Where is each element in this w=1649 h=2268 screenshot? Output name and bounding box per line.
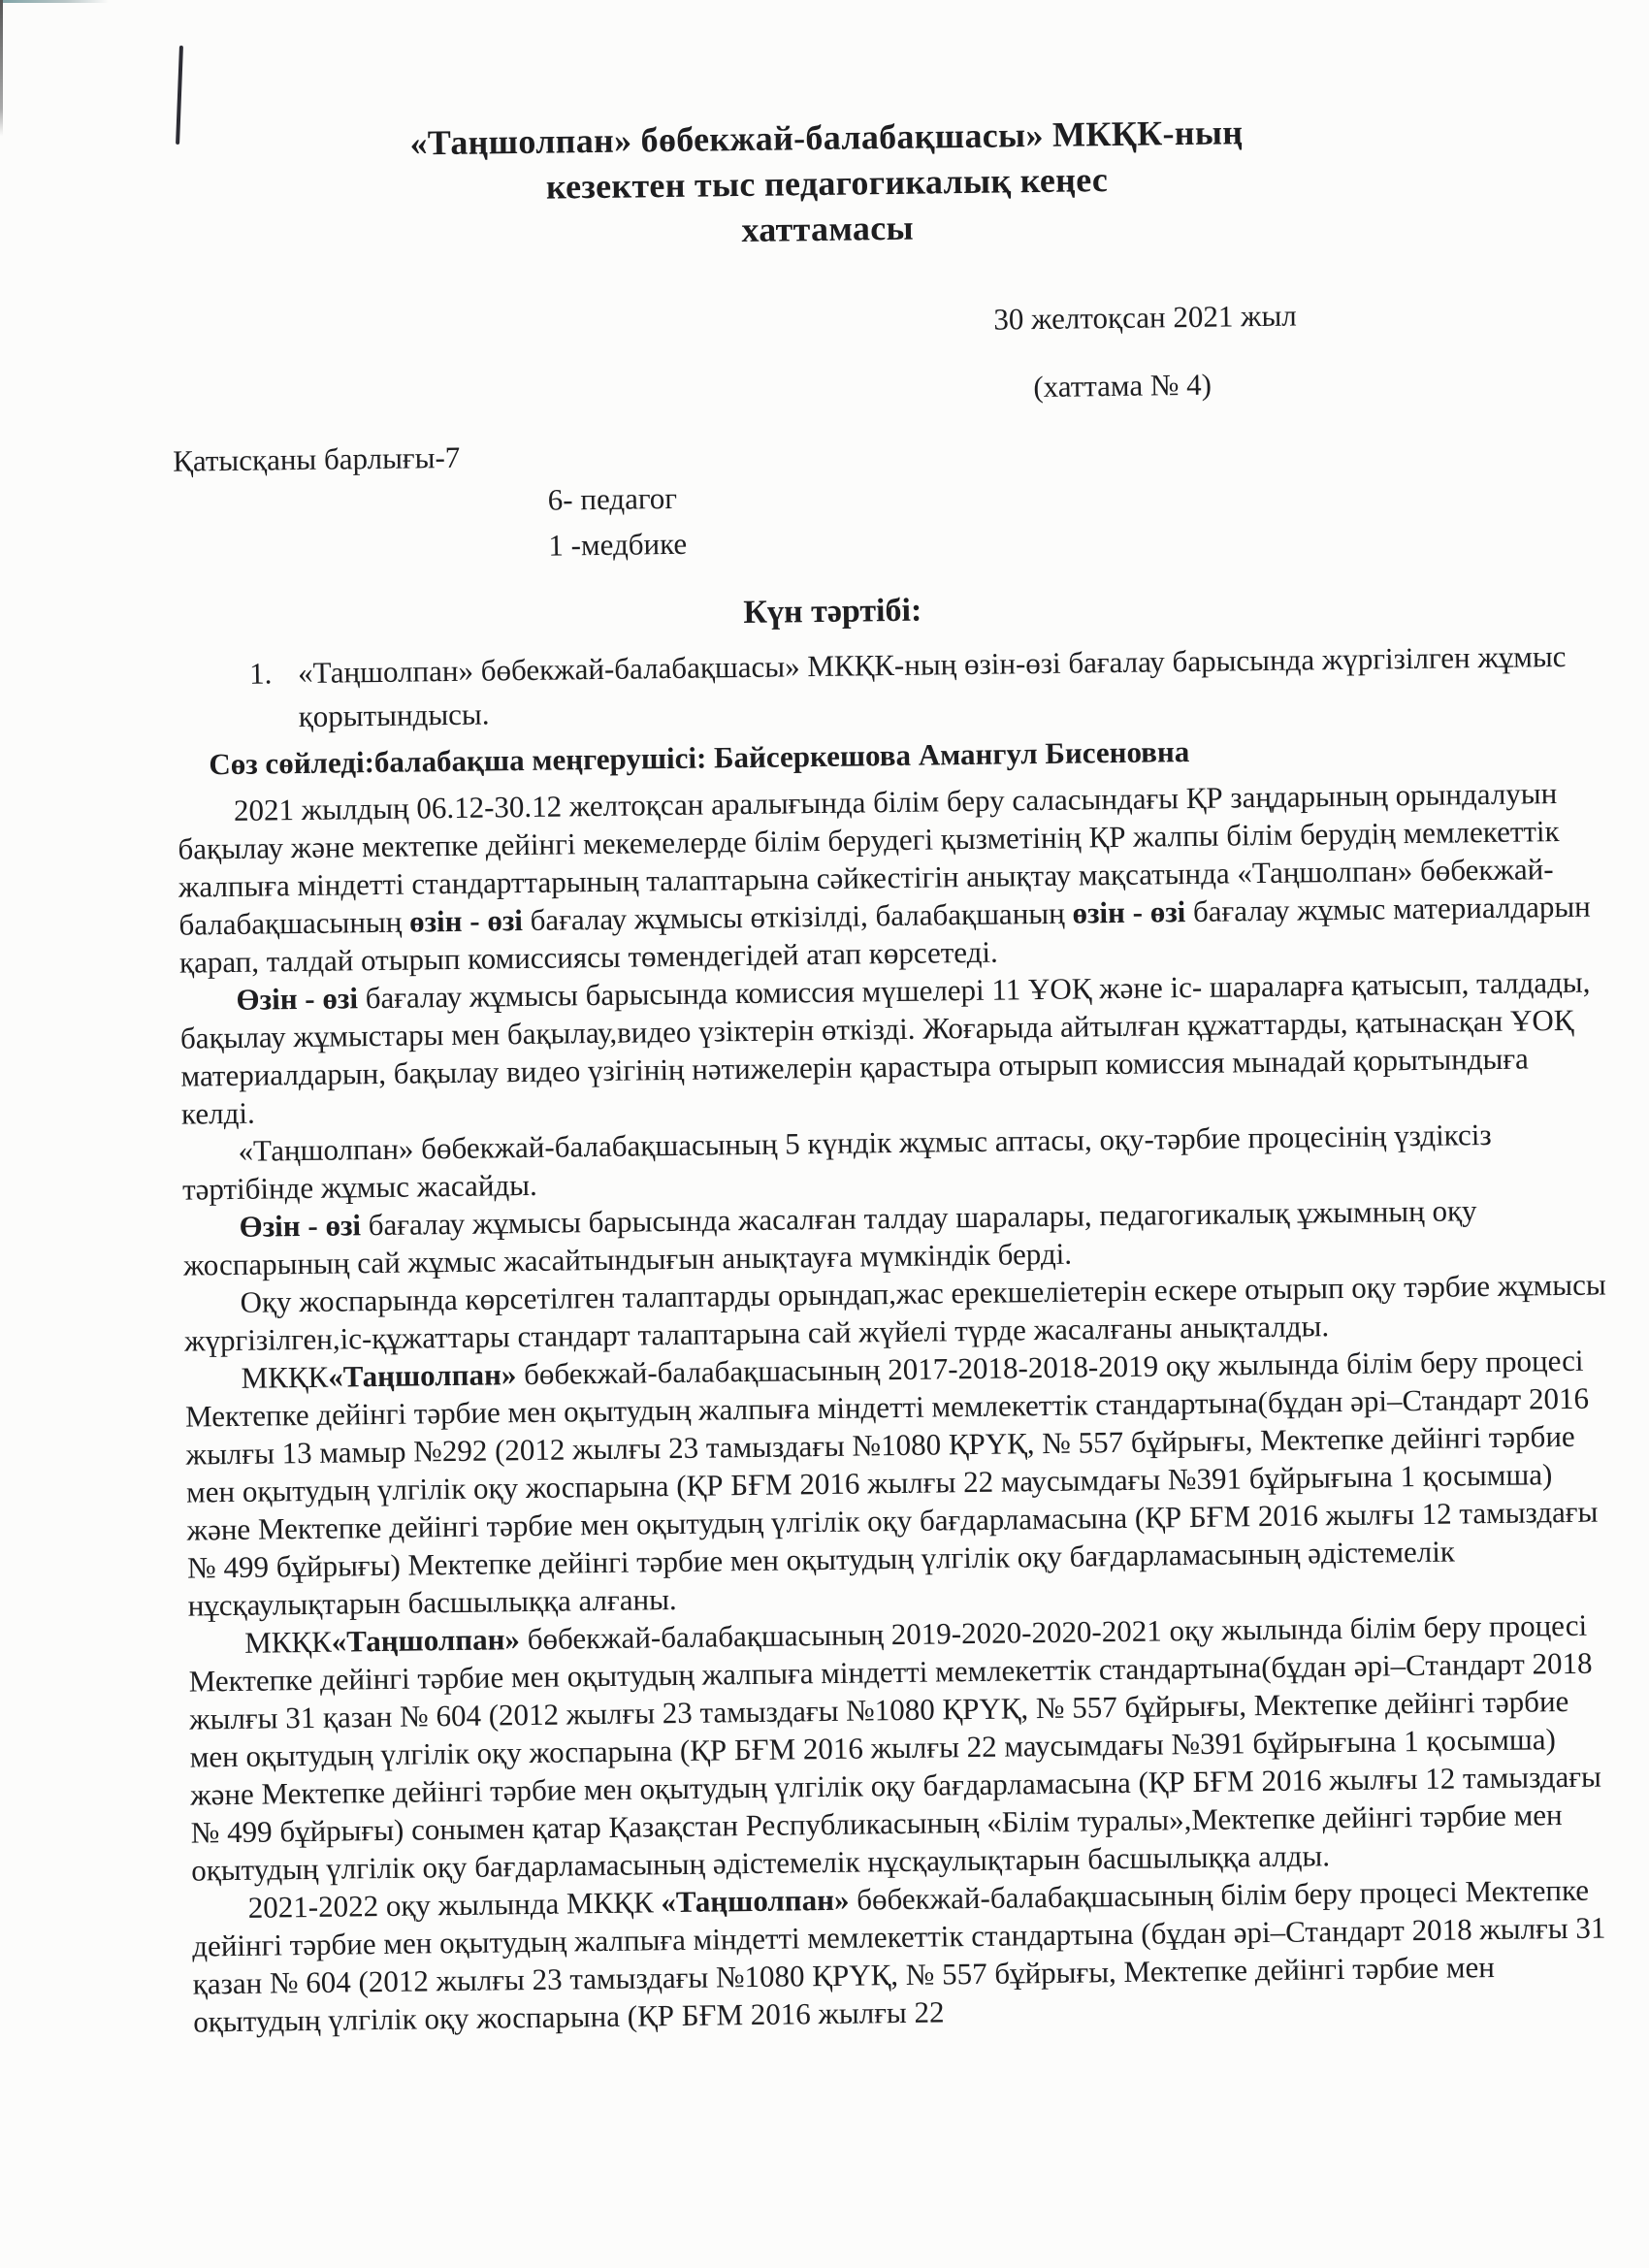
agenda-item: 1.«Таңшолпан» бөбекжай-балабақшасы» МКҚК… — [249, 634, 1589, 739]
protocol-number: (хаттама № 4) — [1033, 360, 1649, 406]
scanned-document-page: «Таңшолпан» бөбекжай-балабақшасы» МКҚК-н… — [0, 0, 1649, 2268]
agenda-list: 1.«Таңшолпан» бөбекжай-балабақшасы» МКҚК… — [249, 634, 1589, 739]
text-run: бағалау жұмысы өткізілді, балабақшаның — [523, 896, 1073, 937]
text-run: өзін - өзі — [409, 903, 523, 939]
text-run: МКҚК — [244, 1625, 332, 1660]
text-run: бағалау жұмысы барысында комиссия мүшеле… — [180, 965, 1591, 1131]
text-run: МКҚК — [241, 1360, 328, 1395]
paragraph: МКҚК«Таңшолпан» бөбекжай-балабақшасының … — [188, 1605, 1617, 1889]
text-run: 2021-2022 оқу жылында МКҚК — [248, 1885, 662, 1925]
body-paragraphs: 2021 жылдың 06.12-30.12 желтоқсан аралығ… — [178, 773, 1620, 2040]
paragraph: МКҚК«Таңшолпан» бөбекжай-балабақшасының … — [184, 1341, 1613, 1624]
document-title: «Таңшолпан» бөбекжай-балабақшасы» МКҚК-н… — [2, 105, 1649, 263]
document-date: 30 желтоқсан 2021 жыл — [993, 292, 1649, 340]
agenda-item-text: «Таңшолпан» бөбекжай-балабақшасы» МКҚК-н… — [298, 634, 1589, 738]
paragraph: 2021 жылдың 06.12-30.12 желтоқсан аралығ… — [178, 773, 1605, 981]
agenda-item-number: 1. — [249, 651, 299, 739]
text-run: «Таңшолпан» — [661, 1883, 850, 1920]
text-run: Өзін - өзі — [236, 981, 358, 1017]
text-run: Өзін - өзі — [239, 1208, 361, 1244]
text-run: «Таңшолпан» — [332, 1622, 521, 1659]
agenda-heading: Күн тәртібі: — [8, 579, 1649, 645]
paragraph: Өзін - өзі бағалау жұмысы барысында коми… — [179, 962, 1607, 1132]
document-content: «Таңшолпан» бөбекжай-балабақшасы» МКҚК-н… — [0, 0, 1649, 2268]
text-run: «Таңшолпан» — [328, 1357, 517, 1394]
paragraph: 2021-2022 оқу жылында МКҚК «Таңшолпан» б… — [192, 1870, 1620, 2040]
text-run: өзін - өзі — [1072, 894, 1185, 930]
